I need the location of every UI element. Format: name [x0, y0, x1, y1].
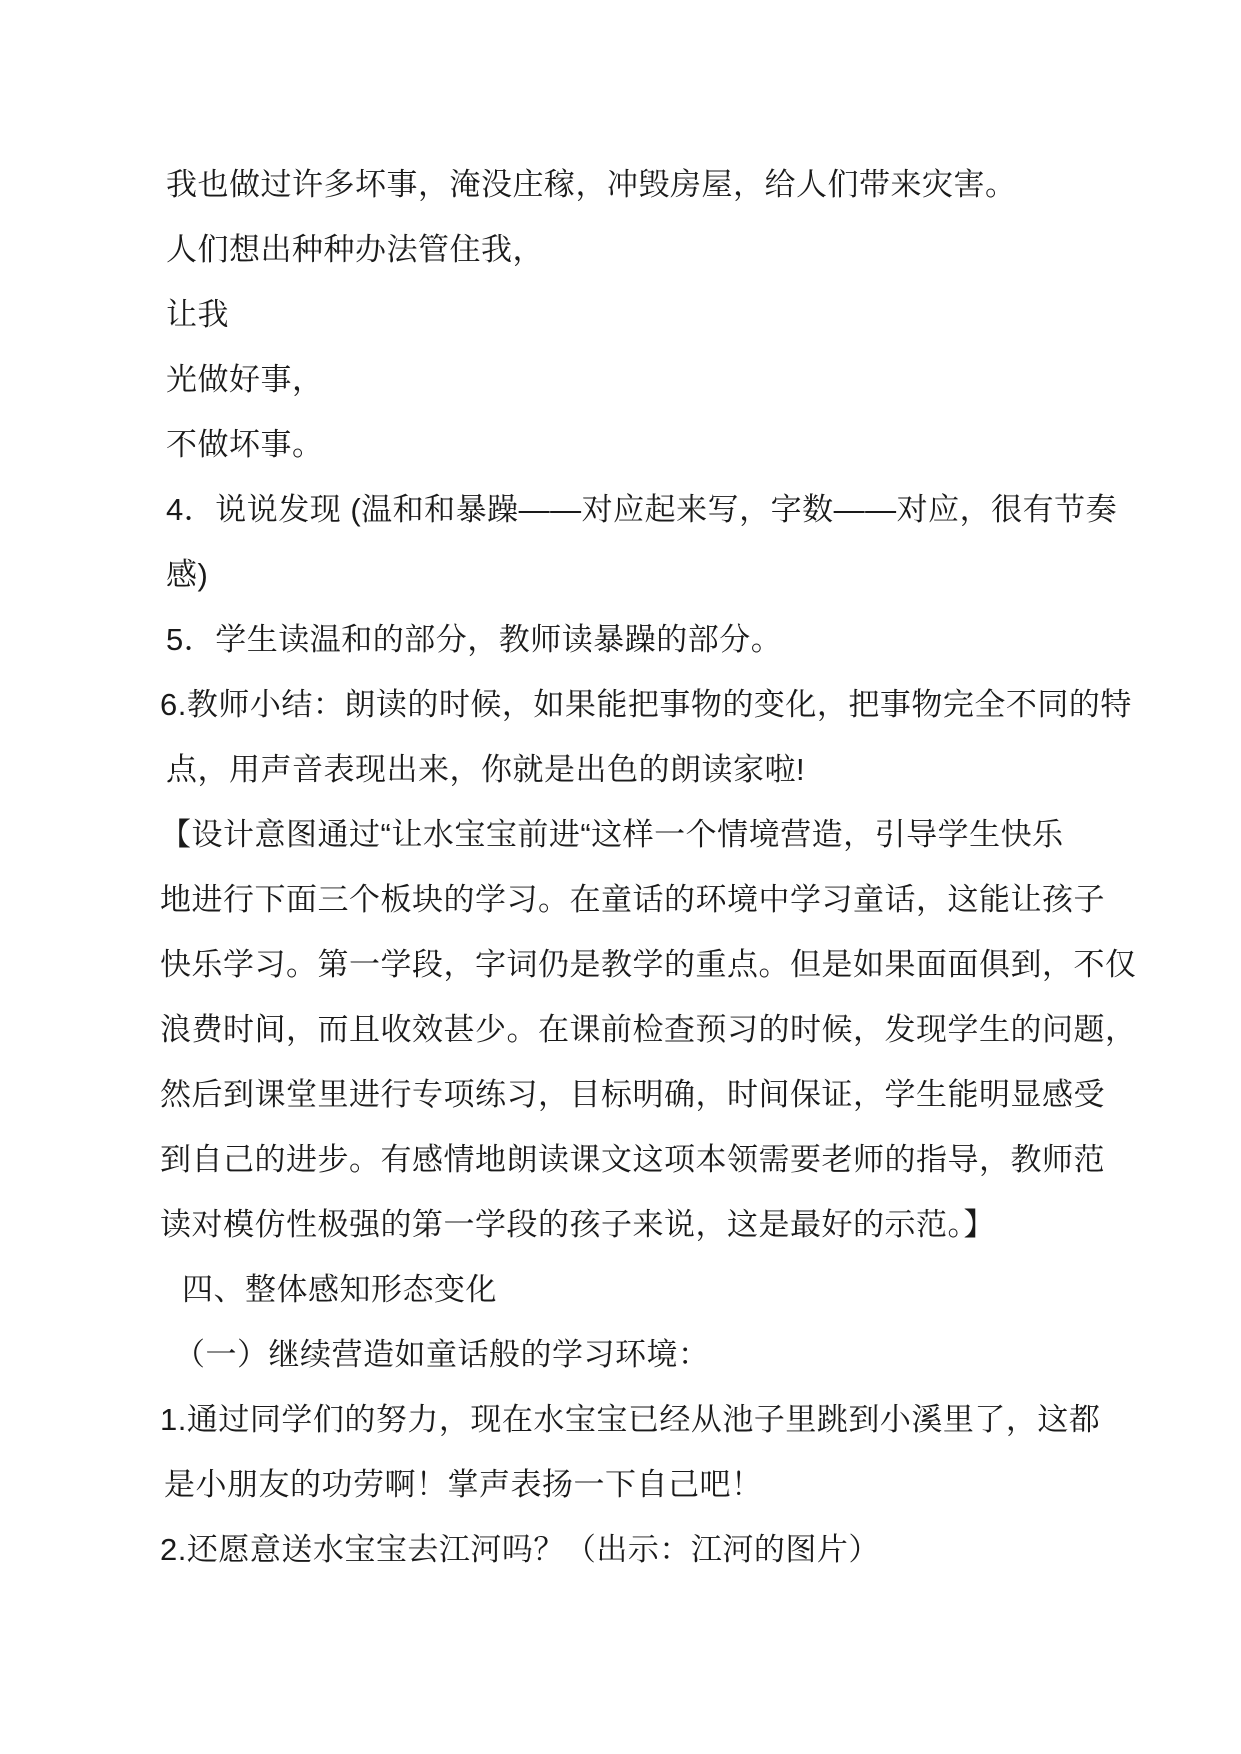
text-line: 浪费时间，而且收效甚少。在课前检查预习的时候，发现学生的问题，	[160, 997, 1083, 1062]
text-line: 人们想出种种办法管住我，	[160, 217, 1083, 282]
document-text: 我也做过许多坏事，淹没庄稼，冲毁房屋，给人们带来灾害。人们想出种种办法管住我，让…	[160, 152, 1083, 1582]
text-line: 感)	[160, 542, 1083, 607]
text-line: 6.教师小结：朗读的时候，如果能把事物的变化，把事物完全不同的特	[160, 672, 1083, 737]
text-line: 是小朋友的功劳啊！掌声表扬一下自己吧！	[160, 1452, 1083, 1517]
text-line: 5．学生读温和的部分，教师读暴躁的部分。	[160, 607, 1083, 672]
text-line: 【设计意图通过“让水宝宝前进“这样一个情境营造，引导学生快乐	[160, 802, 1083, 867]
document-page: 我也做过许多坏事，淹没庄稼，冲毁房屋，给人们带来灾害。人们想出种种办法管住我，让…	[0, 0, 1241, 1754]
text-line: 1.通过同学们的努力，现在水宝宝已经从池子里跳到小溪里了，这都	[160, 1387, 1083, 1452]
text-line: 光做好事，	[160, 347, 1083, 412]
text-line: 2.还愿意送水宝宝去江河吗？（出示：江河的图片）	[160, 1517, 1083, 1582]
text-line: 我也做过许多坏事，淹没庄稼，冲毁房屋，给人们带来灾害。	[160, 152, 1083, 217]
text-line: 4．说说发现 (温和和暴躁——对应起来写，字数——对应，很有节奏	[160, 477, 1083, 542]
text-line: 到自己的进步。有感情地朗读课文这项本领需要老师的指导，教师范	[160, 1127, 1083, 1192]
text-line: 读对模仿性极强的第一学段的孩子来说，这是最好的示范。】	[160, 1192, 1083, 1257]
text-line: 四、整体感知形态变化	[160, 1257, 1083, 1322]
text-line: （一）继续营造如童话般的学习环境：	[160, 1322, 1083, 1387]
text-line: 点，用声音表现出来，你就是出色的朗读家啦!	[160, 737, 1083, 802]
text-line: 然后到课堂里进行专项练习，目标明确，时间保证，学生能明显感受	[160, 1062, 1083, 1127]
text-line: 不做坏事。	[160, 412, 1083, 477]
text-line: 让我	[160, 282, 1083, 347]
text-line: 地进行下面三个板块的学习。在童话的环境中学习童话，这能让孩子	[160, 867, 1083, 932]
text-line: 快乐学习。第一学段，字词仍是教学的重点。但是如果面面俱到，不仅	[160, 932, 1083, 997]
